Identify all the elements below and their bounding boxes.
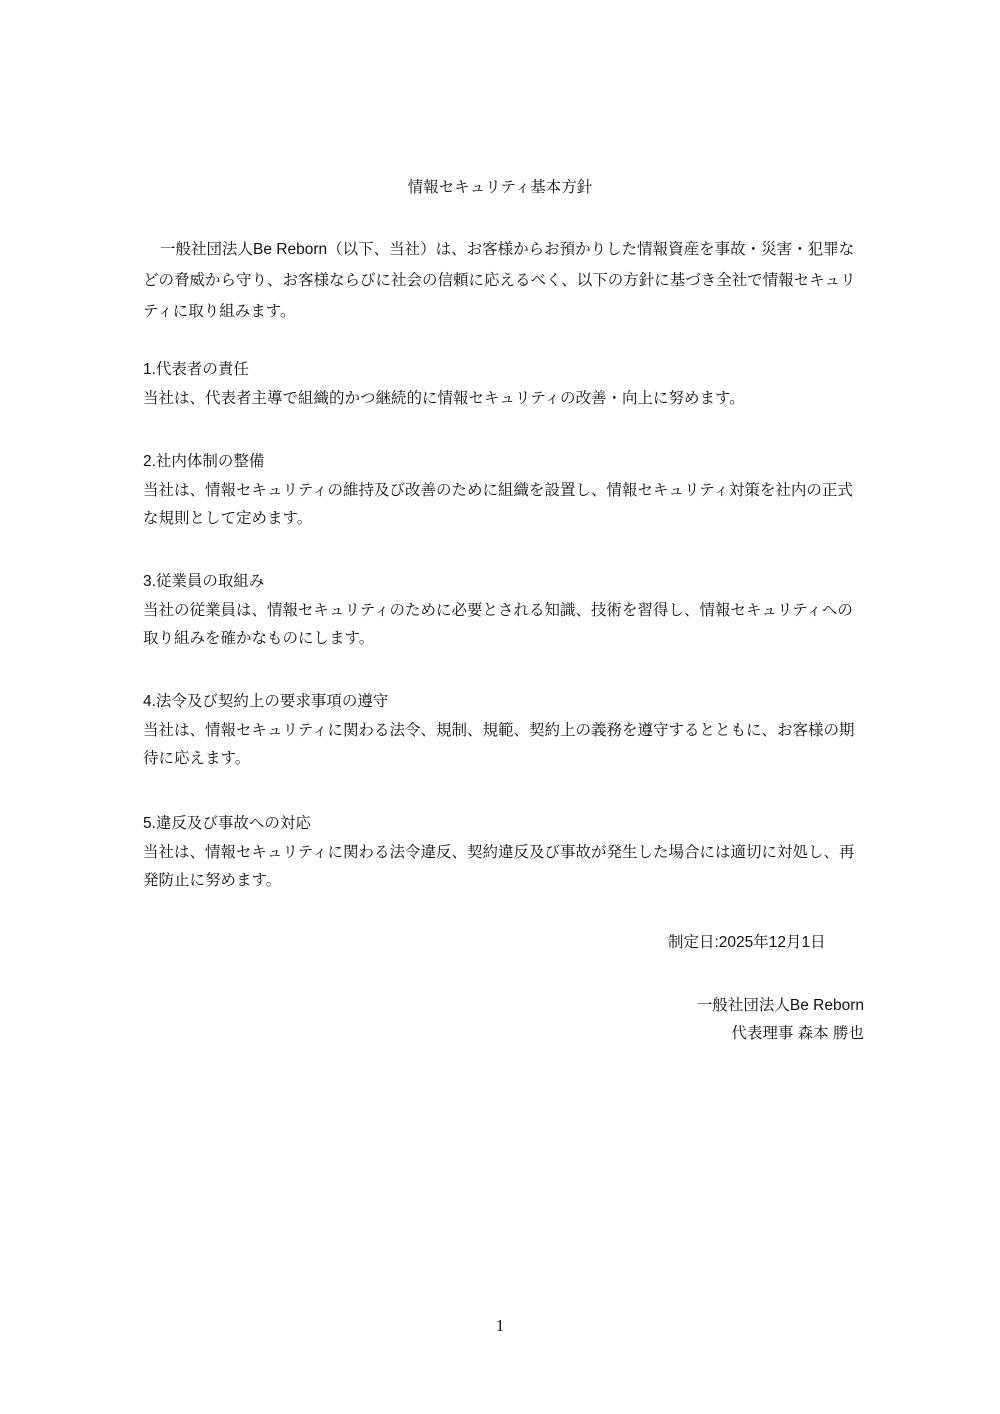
- section-body: 当社は、代表者主導で組織的かつ継続的に情報セキュリティの改善・向上に努めます。: [143, 385, 867, 414]
- section-body: 当社は、情報セキュリティの維持及び改善のために組織を設置し、情報セキュリティ対策…: [143, 477, 867, 534]
- policy-section-1: 1.代表者の責任 当社は、代表者主導で組織的かつ継続的に情報セキュリティの改善・…: [143, 356, 867, 413]
- page-number: 1: [0, 1316, 1000, 1336]
- enacted-date: 制定日:2025年12月1日: [668, 930, 826, 956]
- section-body: 当社は、情報セキュリティに関わる法令、規制、規範、契約上の義務を遵守するとともに…: [143, 717, 867, 774]
- representative-name: 代表理事 森本 勝也: [697, 1020, 864, 1048]
- organization-name: 一般社団法人Be Reborn: [697, 992, 864, 1020]
- section-heading: 3.従業員の取組み: [143, 568, 867, 597]
- section-heading: 4.法令及び契約上の要求事項の遵守: [143, 688, 867, 717]
- section-heading: 5.違反及び事故への対応: [143, 810, 867, 839]
- section-heading: 2.社内体制の整備: [143, 448, 867, 477]
- section-body: 当社は、情報セキュリティに関わる法令違反、契約違反及び事故が発生した場合には適切…: [143, 839, 867, 896]
- policy-section-3: 3.従業員の取組み 当社の従業員は、情報セキュリティのために必要とされる知識、技…: [143, 568, 867, 654]
- section-heading: 1.代表者の責任: [143, 356, 867, 385]
- policy-section-5: 5.違反及び事故への対応 当社は、情報セキュリティに関わる法令違反、契約違反及び…: [143, 810, 867, 896]
- document-page: 情報セキュリティ基本方針 一般社団法人Be Reborn（以下、当社）は、お客様…: [0, 0, 1000, 1414]
- document-title: 情報セキュリティ基本方針: [0, 176, 1000, 200]
- section-body: 当社の従業員は、情報セキュリティのために必要とされる知識、技術を習得し、情報セキ…: [143, 597, 867, 654]
- policy-section-2: 2.社内体制の整備 当社は、情報セキュリティの維持及び改善のために組織を設置し、…: [143, 448, 867, 534]
- signature-block: 一般社団法人Be Reborn 代表理事 森本 勝也: [697, 992, 864, 1048]
- policy-section-4: 4.法令及び契約上の要求事項の遵守 当社は、情報セキュリティに関わる法令、規制、…: [143, 688, 867, 774]
- intro-paragraph: 一般社団法人Be Reborn（以下、当社）は、お客様からお預かりした情報資産を…: [143, 234, 867, 327]
